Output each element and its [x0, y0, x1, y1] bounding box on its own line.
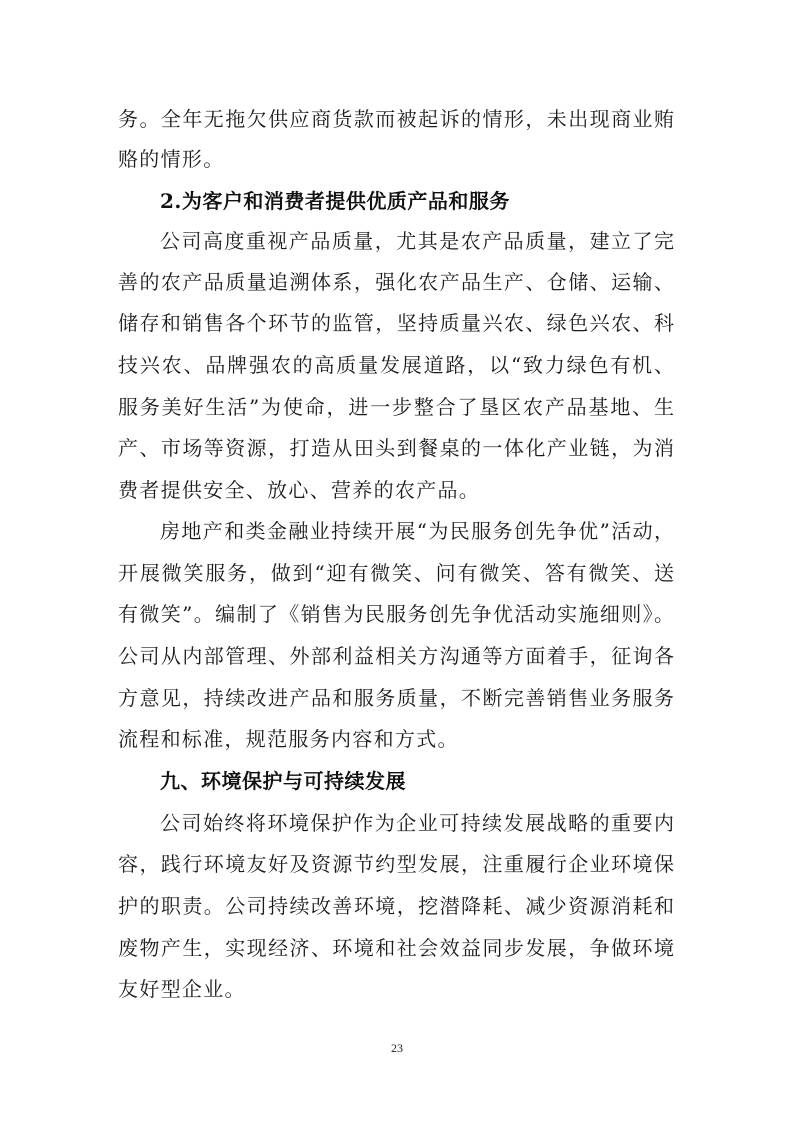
section-heading-customer-service: 2.为客户和消费者提供优质产品和服务: [160, 186, 510, 216]
body-line: 费者提供安全、放心、营养的农产品。: [118, 475, 674, 505]
body-line: 服务美好生活”为使命，进一步整合了垦区农产品基地、生: [118, 392, 674, 422]
page-number: 23: [0, 1040, 794, 1056]
body-line: 赂的情形。: [118, 144, 674, 174]
body-line: 流程和标准，规范服务内容和方式。: [118, 724, 674, 754]
body-line: 公司高度重视产品质量，尤其是农产品质量，建立了完: [160, 226, 674, 256]
body-line: 废物产生，实现经济、环境和社会效益同步发展，争做环境: [118, 933, 674, 963]
body-line: 公司从内部管理、外部利益相关方沟通等方面着手，征询各: [118, 641, 674, 671]
body-line: 方意见，持续改进产品和服务质量，不断完善销售业务服务: [118, 683, 674, 713]
body-line: 护的职责。公司持续改善环境，挖潜降耗、减少资源消耗和: [118, 891, 674, 921]
body-line: 储存和销售各个环节的监管，坚持质量兴农、绿色兴农、科: [118, 308, 674, 338]
body-line: 技兴农、品牌强农的高质量发展道路，以“致力绿色有机、: [118, 350, 674, 380]
body-line: 善的农产品质量追溯体系，强化农产品生产、仓储、运输、: [118, 267, 674, 297]
body-line: 公司始终将环境保护作为企业可持续发展战略的重要内: [160, 808, 674, 838]
body-line: 有微笑”。编制了《销售为民服务创先争优活动实施细则》。: [118, 599, 674, 629]
body-line: 房地产和类金融业持续开展“为民服务创先争优”活动，: [160, 516, 674, 546]
body-line: 容，践行环境友好及资源节约型发展，注重履行企业环境保: [118, 849, 674, 879]
body-line: 友好型企业。: [118, 974, 674, 1004]
body-line: 开展微笑服务，做到“迎有微笑、问有微笑、答有微笑、送: [118, 558, 674, 588]
document-page: 务。全年无拖欠供应商货款而被起诉的情形，未出现商业贿 赂的情形。 2.为客户和消…: [0, 0, 794, 1122]
section-heading-environment: 九、环境保护与可持续发展: [160, 766, 406, 796]
body-line: 务。全年无拖欠供应商货款而被起诉的情形，未出现商业贿: [118, 104, 674, 134]
body-line: 产、市场等资源，打造从田头到餐桌的一体化产业链，为消: [118, 433, 674, 463]
